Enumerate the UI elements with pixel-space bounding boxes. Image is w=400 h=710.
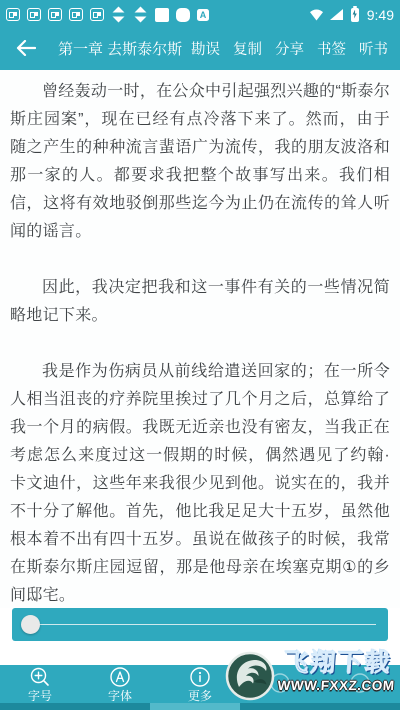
rounded-square-icon [176, 8, 190, 22]
app-notification-icon [27, 8, 41, 21]
toolbar-item-more[interactable]: 更多 [160, 665, 240, 703]
square-icon [155, 8, 169, 22]
font-family-a-icon [109, 666, 131, 688]
battery-charging-icon [351, 8, 359, 22]
toolbar-label: 更多 [188, 690, 212, 702]
nav-bar: 第一章 去斯泰尔斯 勘误 复制 分享 书签 听书 [0, 26, 400, 70]
wifi-icon [309, 8, 324, 21]
back-button[interactable] [14, 36, 38, 60]
font-size-magnifier-icon [29, 666, 51, 688]
status-time: 9:49 [367, 7, 394, 23]
reading-page[interactable]: 曾经轰动一时，在公众中引起强烈兴趣的“斯泰尔斯庄园案”，现在已经有点冷落下来了。… [0, 70, 400, 608]
paragraph: 我是作为伤病员从前线给遣送回家的；在一所令人相当沮丧的疗养院里挨过了几个月之后，… [10, 358, 390, 608]
bottom-toolbar: 字号 字体 更多 [0, 665, 400, 703]
app-notification-icon [69, 8, 83, 21]
bottom-edge-highlight [150, 703, 240, 710]
obscured-icon [349, 672, 371, 694]
app-notification-icon [6, 8, 20, 21]
letter-a-icon: A [197, 9, 209, 21]
status-right-icons: 9:49 [309, 7, 394, 23]
paragraph: 曾经轰动一时，在公众中引起强烈兴趣的“斯泰尔斯庄园案”，现在已经有点冷落下来了。… [10, 78, 390, 246]
more-info-icon [189, 666, 211, 688]
menu-item-share[interactable]: 分享 [275, 38, 304, 59]
pinwheel-icon [130, 4, 151, 25]
slider-thumb[interactable] [21, 615, 40, 634]
chapter-title: 第一章 去斯泰尔斯 [58, 38, 182, 59]
toolbar-item-obscured[interactable] [320, 665, 400, 703]
header: A 9:49 第一章 去斯泰尔斯 勘误 复制 分享 [0, 0, 400, 70]
menu-item-copy[interactable]: 复制 [233, 38, 262, 59]
menu-item-bookmark[interactable]: 书签 [317, 38, 346, 59]
reader-app-screen: A 9:49 第一章 去斯泰尔斯 勘误 复制 分享 [0, 0, 400, 710]
menu-item-listen[interactable]: 听书 [359, 38, 388, 59]
toolbar-item-font-size[interactable]: 字号 [0, 665, 80, 703]
paragraph: 因此，我决定把我和这一事件有关的一些情况简略地记下来。 [10, 274, 390, 330]
pinwheel-icon [108, 4, 129, 25]
toolbar-label: 字号 [28, 690, 52, 702]
app-notification-icon [48, 8, 62, 21]
slider-track[interactable] [38, 624, 376, 625]
status-bar: A 9:49 [0, 0, 400, 26]
menu-item-errata[interactable]: 勘误 [191, 38, 220, 59]
toolbar-label: 字体 [108, 690, 132, 702]
app-notification-icon [90, 8, 104, 21]
obscured-icon [269, 672, 291, 694]
bottom-edge-strip [0, 703, 400, 710]
nav-menu: 勘误 复制 分享 书签 听书 [190, 38, 388, 59]
toolbar-item-font-family[interactable]: 字体 [80, 665, 160, 703]
status-left-icons: A [6, 7, 209, 22]
toolbar-item-obscured[interactable] [240, 665, 320, 703]
arrow-left-icon [16, 40, 36, 56]
progress-slider[interactable] [12, 608, 388, 641]
cellular-signal-icon [330, 9, 343, 20]
